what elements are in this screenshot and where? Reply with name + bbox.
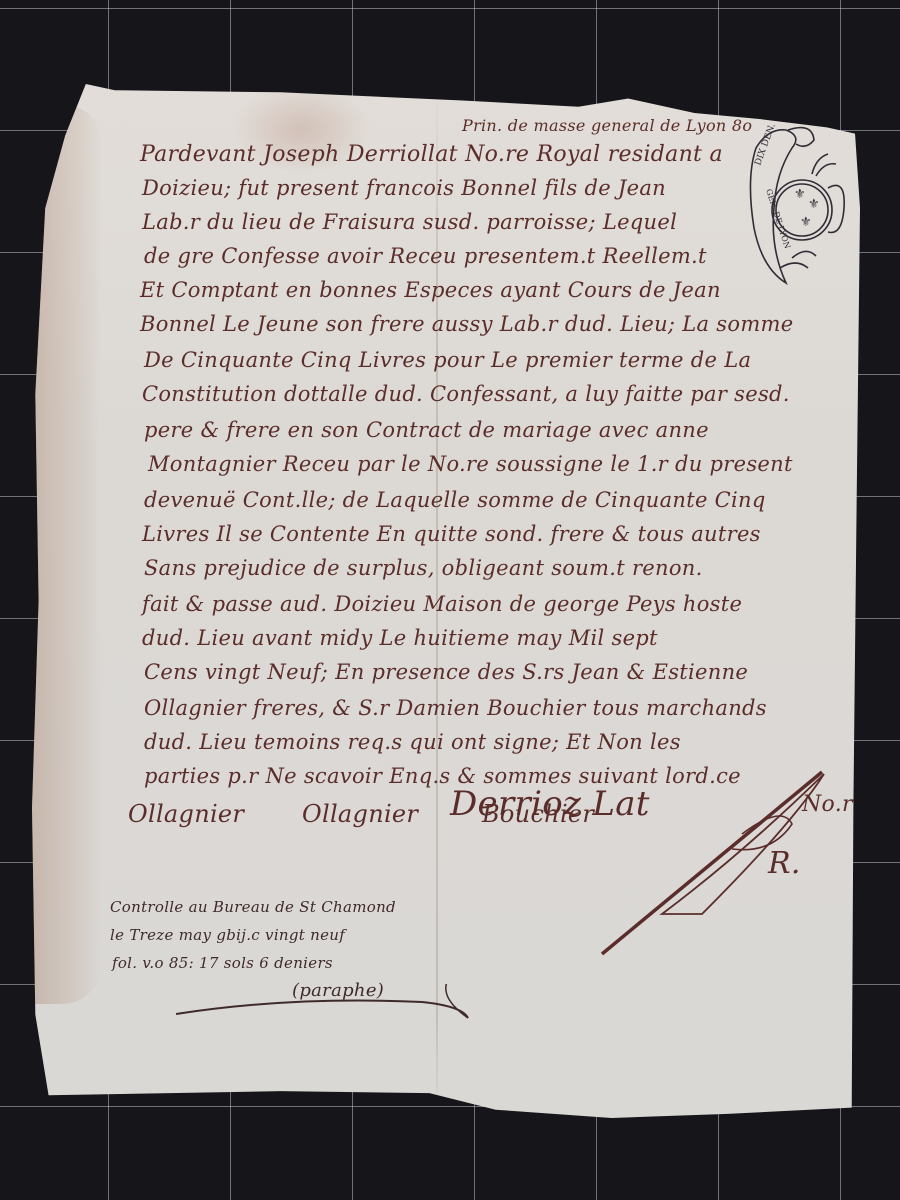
body-line: Ollagnier freres, & S.r Damien Bouchier … (144, 696, 767, 720)
body-line: Lab.r du lieu de Fraisura susd. parroiss… (142, 210, 677, 234)
control-note-line: Controlle au Bureau de St Chamond (110, 898, 396, 916)
tax-stamp: DIX DEN. GEN. DE LYON ⚜ ⚜ ⚜ (716, 118, 848, 288)
control-signature: (paraphe) (292, 980, 384, 1001)
body-line: parties p.r Ne scavoir Enq.s & sommes su… (144, 764, 741, 788)
svg-text:⚜: ⚜ (800, 215, 812, 230)
body-line: Constitution dottalle dud. Confessant, a… (142, 382, 790, 406)
body-line: dud. Lieu temoins req.s qui ont signe; E… (144, 730, 681, 754)
witness-signature: Ollagnier (302, 800, 418, 828)
stamp-text-top: DIX DEN. (753, 122, 777, 167)
stamp-text-band: GEN. DE LYON (764, 188, 792, 250)
body-line: Et Comptant en bonnes Especes ayant Cour… (140, 278, 721, 302)
body-line: Pardevant Joseph Derriollat No.re Royal … (140, 142, 723, 167)
body-line: Sans prejudice de surplus, obligeant sou… (144, 556, 703, 580)
body-line: devenuë Cont.lle; de Laquelle somme de C… (144, 488, 766, 512)
body-line: Bonnel Le Jeune son frere aussy Lab.r du… (140, 312, 793, 336)
header-note: Prin. de masse general de Lyon 8o (462, 116, 752, 135)
control-note-line: fol. v.o 85: 17 sols 6 deniers (112, 954, 333, 972)
svg-text:⚜: ⚜ (794, 187, 806, 202)
body-line: Montagnier Receu par le No.re soussigne … (148, 452, 793, 476)
body-line: Doizieu; fut present francois Bonnel fil… (142, 176, 666, 200)
witness-signature: Ollagnier (128, 800, 244, 828)
body-line: pere & frere en son Contract de mariage … (144, 418, 709, 442)
body-line: De Cinquante Cinq Livres pour Le premier… (144, 348, 751, 372)
notary-signature: Derrioz Lat (450, 784, 650, 824)
body-line: dud. Lieu avant midy Le huitieme may Mil… (142, 626, 658, 650)
body-line: Cens vingt Neuf; En presence des S.rs Je… (144, 660, 748, 684)
control-note-line: le Treze may gbij.c vingt neuf (110, 926, 345, 944)
body-line: Livres Il se Contente En quitte sond. fr… (142, 522, 761, 546)
fleur-de-lis-stamp-icon: DIX DEN. GEN. DE LYON ⚜ ⚜ ⚜ (716, 118, 848, 288)
svg-text:⚜: ⚜ (808, 197, 820, 212)
notary-title-royal: R. (768, 846, 801, 881)
body-line: fait & passe aud. Doizieu Maison de geor… (142, 592, 742, 616)
body-line: de gre Confesse avoir Receu presentem.t … (144, 244, 707, 268)
